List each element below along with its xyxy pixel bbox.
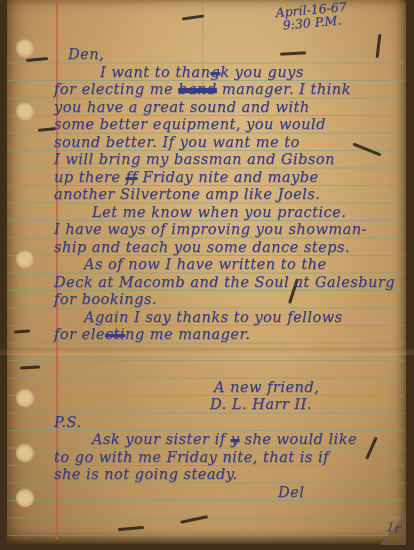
letter-line: another Silvertone amp like Joels. [54,187,406,205]
letter-line: some better equipment, you would [54,117,406,135]
letter-line: D. L. Harr II. [54,397,406,415]
text-segment: for electing me [54,82,178,98]
letter-line: Again I say thanks to you fellows [54,310,406,328]
letter-line: I will bring my bassman and Gibson [54,152,406,170]
text-segment: As of now I have written to the [84,257,327,273]
punch-hole [16,443,34,461]
strikethrough-text: g [210,65,220,81]
letter-line: I want to thangk you guys [54,65,406,83]
text-segment: I will bring my bassman and Gibson [54,152,335,168]
text-segment: she would like [239,432,357,448]
letter-line: sound better. If you want me to [54,135,406,153]
text-segment: sound better. If you want me to [54,135,300,151]
text-segment: D. L. Harr II. [210,397,312,413]
letter-line: Del [54,485,406,503]
text-segment: for ele [54,327,105,343]
strikethrough-text: ff [126,170,138,186]
punch-hole [16,249,34,267]
punch-hole [16,488,34,506]
text-segment: A new friend, [214,380,319,396]
text-segment: Friday nite and maybe [137,170,318,186]
text-segment: ship and teach you some dance steps. [54,240,350,256]
letter-line [54,345,406,363]
text-segment: I have ways of improving you showman- [54,222,367,238]
strikethrough-text: cti [105,327,125,343]
text-segment: Den, [68,47,104,63]
text-segment: manager. I think [217,82,351,98]
letter-line: to go with me Friday nite, that is if [54,450,406,468]
letter-line [54,362,406,380]
letter-line: I have ways of improving you showman- [54,222,406,240]
text-segment: up there [54,170,126,186]
corner-page-mark: 1r [384,520,401,537]
text-segment: another Silvertone amp like Joels. [54,187,320,203]
letter-line: for electing me manager. [54,327,406,345]
letter-line: you have a great sound and with [54,100,406,118]
letter-line: for electing me band manager. I think [54,82,406,100]
text-segment: Ask your sister if [92,432,231,448]
punch-hole [16,388,34,406]
letter-line: Den, [54,47,406,65]
text-segment: k you guys [220,65,304,81]
letter-line: A new friend, [54,380,406,398]
text-segment: to go with me Friday nite, that is if [54,450,329,466]
punch-hole [16,101,34,119]
date-block: April-16-67 9:30 P.M. [275,0,348,32]
text-segment: Del [278,485,304,501]
text-segment: some better equipment, you would [54,117,326,133]
text-segment: she is not going steady. [54,467,238,483]
text-segment: Let me know when you practice. [92,205,346,221]
text-segment: I want to than [100,65,210,81]
punch-hole [16,38,34,56]
text-segment: ng me manager. [125,327,250,343]
letter-body: Den,I want to thangk you guysfor electin… [54,47,406,502]
letter-line: for bookings. [54,292,406,310]
letter-line: she is not going steady. [54,467,406,485]
letter-line: ship and teach you some dance steps. [54,240,406,258]
text-segment: you have a great sound and with [54,100,310,116]
scanned-letter-page: { "letter": { "date": "April-16-67", "ti… [0,0,414,550]
letter-line: Ask your sister if y she would like [54,432,406,450]
strikethrough-text: band [178,82,217,98]
text-segment: Again I say thanks to you fellows [84,310,343,326]
letter-line: As of now I have written to the [54,257,406,275]
letter-line: P.S. [54,415,406,433]
letter-line: Let me know when you practice. [54,205,406,223]
text-segment: P.S. [54,415,81,431]
text-segment: for bookings. [54,292,157,308]
letter-line: Deck at Macomb and the Soul at Galesburg [54,275,406,293]
text-segment: Deck at Macomb and the Soul at Galesburg [54,275,395,291]
letter-line: up there ff Friday nite and maybe [54,170,406,188]
